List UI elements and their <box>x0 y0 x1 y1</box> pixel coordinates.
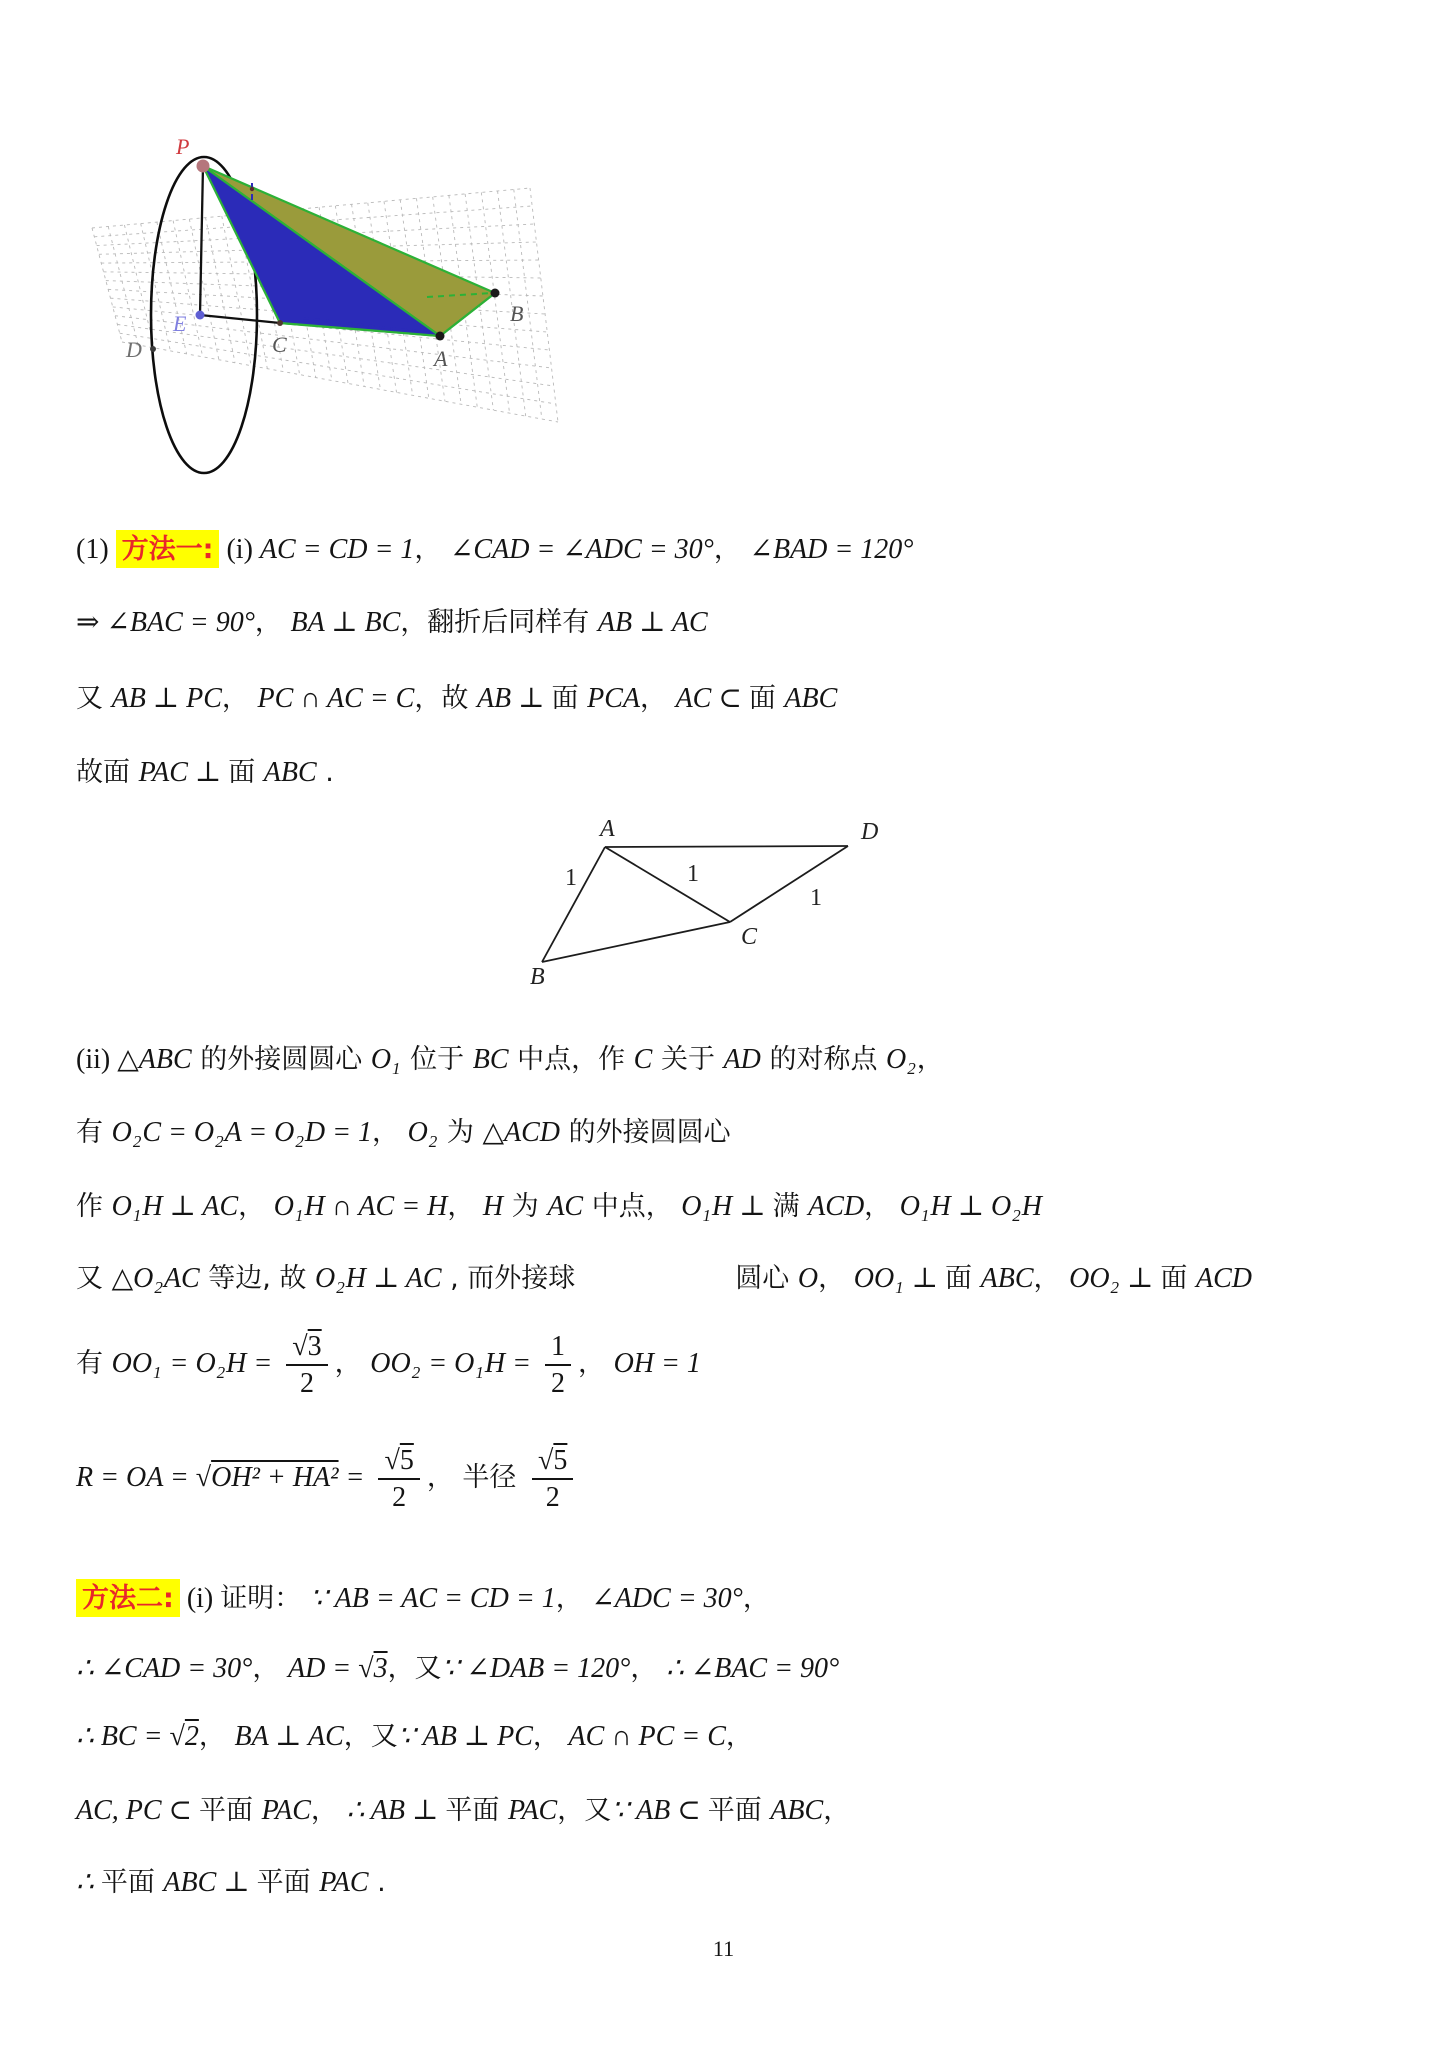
math-segment: AB ⊥ <box>477 683 552 714</box>
radicand: 3 <box>308 1331 322 1362</box>
vertex-label-D: D <box>860 819 878 845</box>
text-segment: 为 <box>438 1117 482 1148</box>
point-label-A: A <box>432 346 448 371</box>
vertex-label-B: B <box>530 964 545 990</box>
text-segment: ， <box>556 1583 592 1614</box>
fraction-denominator: 2 <box>545 1366 571 1398</box>
math-segment: OO <box>112 1348 152 1379</box>
figure-planar-quadrilateral: ADBC111 <box>420 812 900 1027</box>
math-segment: D = 1 <box>305 1117 372 1148</box>
math-segment: ∴ BC = <box>76 1721 170 1752</box>
text-segment: 的外接圆圆心 <box>560 1117 731 1148</box>
math-segment: ∴ <box>76 1867 101 1898</box>
fraction-denominator: 2 <box>532 1480 573 1512</box>
math-segment: ∵ AB ⊂ <box>611 1795 707 1826</box>
point-label-D: D <box>125 337 142 362</box>
label-segment: (i) <box>219 534 259 565</box>
text-segment: 等边, 故 <box>200 1263 315 1294</box>
math-segment: H ⊥ AC <box>346 1263 442 1294</box>
subscript: 1 <box>895 1278 904 1297</box>
subscript: 1 <box>133 1206 142 1225</box>
subscript: 2 <box>1012 1206 1021 1225</box>
math-segment: C <box>634 1044 653 1075</box>
math-segment: ABC <box>264 757 317 788</box>
fraction-numerator: √5 <box>532 1446 573 1480</box>
math-segment: OO <box>854 1263 894 1294</box>
vertex-label-C: C <box>741 924 758 950</box>
solution-line-11: 方法二: (i) 证明： ∵ AB = AC = CD = 1， ∠ADC = … <box>76 1576 770 1615</box>
text-segment: 满 <box>773 1191 809 1222</box>
radicand: 5 <box>400 1445 414 1476</box>
label-segment: (ii) <box>76 1044 117 1075</box>
point-label-B: B <box>510 301 523 326</box>
text-segment: 面 <box>552 683 588 714</box>
math-segment: H ∩ AC = H <box>304 1191 447 1222</box>
math-segment: C = O <box>142 1117 214 1148</box>
text-segment: ，又 <box>557 1795 611 1826</box>
subscript: 2 <box>907 1059 916 1078</box>
text-segment: ， <box>199 1721 235 1752</box>
edge-CD <box>730 846 848 922</box>
edge-AD <box>605 846 848 847</box>
text-segment: ， <box>533 1721 569 1752</box>
sqrt-expression: √3 <box>358 1653 387 1684</box>
math-segment: BC <box>473 1044 509 1075</box>
math-segment: O <box>112 1191 132 1222</box>
subscript: 2 <box>429 1132 438 1151</box>
math-segment: AC <box>164 1263 200 1294</box>
point-dot-A <box>436 332 445 341</box>
text-segment: 有 <box>76 1117 112 1148</box>
text-segment: ， <box>917 1044 944 1075</box>
math-segment: ACD <box>1196 1263 1252 1294</box>
radicand: 5 <box>553 1445 567 1476</box>
sqrt-expression: √2 <box>170 1721 199 1752</box>
solution-line-9: 有 OO1 = O2H = √32， OO2 = O1H = 12， OH = … <box>76 1332 701 1399</box>
subscript: 2 <box>133 1132 142 1151</box>
method-highlight: 方法二: <box>76 1579 180 1617</box>
triangle-PCA-blue <box>203 166 440 336</box>
math-segment: ∴ ∠BAC = 90° <box>666 1653 839 1684</box>
subscript: 1 <box>392 1059 401 1078</box>
solution-line-2: ⇒ ∠BAC = 90°， BA ⊥ BC，翻折后同样有 AB ⊥ AC <box>76 600 708 639</box>
solution-line-14: AC, PC ⊂ 平面 PAC， ∴ AB ⊥ 平面 PAC，又∵ AB ⊂ 平… <box>76 1788 850 1827</box>
math-segment: ∠CAD = ∠ADC = 30° <box>450 534 714 565</box>
text-segment: 平面 <box>445 1795 508 1826</box>
solution-line-5: (ii) △ABC 的外接圆圆心 O1 位于 BC 中点，作 C 关于 AD 的… <box>76 1037 944 1079</box>
math-segment: ACD <box>808 1191 864 1222</box>
text-segment: 圆心 <box>735 1263 798 1294</box>
math-segment: O <box>112 1117 132 1148</box>
sqrt-expression: √OH² + HA² <box>196 1462 339 1493</box>
crease-dot <box>250 187 254 191</box>
text-segment: ， <box>640 683 676 714</box>
text-segment: 为 <box>503 1191 547 1222</box>
math-segment: ∠BAD = 120° <box>749 534 913 565</box>
text-segment: ， <box>1034 1263 1070 1294</box>
text-segment: ， <box>578 1348 614 1379</box>
radicand: 3 <box>374 1653 388 1684</box>
text-segment: ， <box>743 1583 770 1614</box>
math-segment: OO <box>370 1348 410 1379</box>
math-segment: H ⊥ <box>712 1191 773 1222</box>
math-segment: PAC <box>508 1795 557 1826</box>
text-segment: ， <box>311 1795 347 1826</box>
math-segment: AC ∩ PC = C <box>569 1721 726 1752</box>
text-segment: ， <box>630 1653 666 1684</box>
subscript: 2 <box>154 1278 163 1297</box>
label-segment: (1) <box>76 534 116 565</box>
subscript: 2 <box>1111 1278 1120 1297</box>
math-segment: ABC <box>770 1795 823 1826</box>
math-segment: OO <box>1069 1263 1109 1294</box>
text-segment: ， <box>864 1191 900 1222</box>
math-segment: ∴ ∠CAD = 30° <box>76 1653 252 1684</box>
edge-length-label-2: 1 <box>687 861 699 887</box>
text-segment: 面 <box>945 1263 981 1294</box>
text-segment: 平面 <box>257 1867 320 1898</box>
radicand: 2 <box>185 1721 199 1752</box>
subscript: 2 <box>215 1132 224 1151</box>
text-segment: 平面 <box>708 1795 771 1826</box>
math-segment: A = O <box>225 1117 295 1148</box>
text-segment: 关于 <box>652 1044 723 1075</box>
math-segment: H = <box>485 1348 538 1379</box>
point-label-P: P <box>175 134 189 159</box>
math-segment: H ⊥ AC <box>142 1191 238 1222</box>
text-segment: 中点，作 <box>509 1044 634 1075</box>
solution-line-6: 有 O2C = O2A = O2D = 1， O2 为 △ACD 的外接圆圆心 <box>76 1110 731 1152</box>
text-segment: 证明： <box>220 1583 310 1614</box>
math-segment: = O <box>421 1348 474 1379</box>
fraction-numerator: 1 <box>545 1332 571 1366</box>
solution-line-1: (1) 方法一: (i) AC = CD = 1， ∠CAD = ∠ADC = … <box>76 527 913 566</box>
math-segment: ∵ AB = AC = CD = 1 <box>310 1583 556 1614</box>
math-segment: ⊥ <box>905 1263 945 1294</box>
math-segment: AC, PC ⊂ <box>76 1795 199 1826</box>
point-label-C: C <box>272 332 287 357</box>
math-segment: O <box>408 1117 428 1148</box>
math-segment: O <box>274 1191 294 1222</box>
math-segment: PAC ⊥ <box>139 757 229 788</box>
math-segment: ⊥ <box>1120 1263 1160 1294</box>
text-segment: ， <box>447 1191 483 1222</box>
fraction: √52 <box>378 1446 419 1513</box>
text-segment: ， <box>823 1795 850 1826</box>
math-segment: PCA <box>587 683 640 714</box>
text-segment: 平面 <box>199 1795 262 1826</box>
figure-3d-fold: PEDCAB <box>80 90 580 485</box>
math-segment: BA ⊥ AC <box>234 1721 343 1752</box>
text-segment: 中点， <box>583 1191 681 1222</box>
math-segment: AD = <box>288 1653 358 1684</box>
solution-line-7: 作 O1H ⊥ AC， O1H ∩ AC = H， H 为 AC 中点， O1H… <box>76 1184 1042 1226</box>
text-segment: 位于 <box>402 1044 473 1075</box>
fraction: √52 <box>532 1446 573 1513</box>
math-segment: ABC <box>981 1263 1034 1294</box>
math-segment: O <box>798 1263 818 1294</box>
text-segment: ， 半径 <box>427 1462 525 1493</box>
math-segment: PAC <box>262 1795 311 1826</box>
text-segment: ， <box>414 534 450 565</box>
math-segment: AC = CD = 1 <box>260 534 414 565</box>
segment-EC <box>200 315 280 323</box>
math-segment: ∵ AB ⊥ PC <box>398 1721 533 1752</box>
text-segment: ， <box>726 1721 753 1752</box>
math-segment: O <box>900 1191 920 1222</box>
point-dot-B <box>491 289 500 298</box>
text-segment: ，又 <box>344 1721 398 1752</box>
fraction-numerator: √3 <box>286 1332 327 1366</box>
subscript: 1 <box>295 1206 304 1225</box>
subscript: 1 <box>921 1206 930 1225</box>
fraction: √32 <box>286 1332 327 1399</box>
math-segment: = O <box>163 1348 216 1379</box>
method-highlight: 方法一: <box>116 530 220 568</box>
edge-length-label-1: 1 <box>565 865 577 891</box>
math-segment: H = <box>226 1348 279 1379</box>
text-segment: ， <box>222 683 258 714</box>
text-segment: . <box>369 1867 386 1898</box>
math-segment: AD <box>724 1044 761 1075</box>
math-segment: AB ⊥ AC <box>598 607 708 638</box>
math-segment: H <box>483 1191 503 1222</box>
document-page: { "page": {"number": "11"}, "colors": { … <box>0 0 1447 2048</box>
math-segment: AC ⊂ <box>676 683 749 714</box>
page-number: 11 <box>0 1936 1447 1962</box>
math-segment: O <box>371 1044 391 1075</box>
point-dot-E <box>196 311 205 320</box>
solution-line-3: 又 AB ⊥ PC， PC ∩ AC = C，故 AB ⊥ 面 PCA， AC … <box>76 676 837 715</box>
text-segment: ，故 <box>414 683 477 714</box>
math-segment: ⇒ ∠BAC = 90° <box>76 607 255 638</box>
text-segment: 平面 <box>101 1867 164 1898</box>
text-segment: , 而外接球 <box>442 1263 576 1294</box>
solution-line-8: 又 △O2AC 等边, 故 O2H ⊥ AC , 而外接球圆心 O， OO1 ⊥… <box>76 1256 1252 1298</box>
page-number-value: 11 <box>713 1936 734 1961</box>
figure-3d-svg: PEDCAB <box>80 90 580 485</box>
math-segment: ∵ ∠DAB = 120° <box>442 1653 631 1684</box>
segment-PE <box>200 166 203 315</box>
math-segment: O <box>315 1263 335 1294</box>
label-segment: (i) <box>180 1583 220 1614</box>
text-segment: 又 <box>76 1263 112 1294</box>
math-segment: ∴ AB ⊥ <box>347 1795 446 1826</box>
subscript: 2 <box>295 1132 304 1151</box>
subscript: 2 <box>217 1363 226 1382</box>
text-segment: 面 <box>749 683 785 714</box>
text-segment: 面 <box>1160 1263 1196 1294</box>
text-segment: ， <box>335 1348 371 1379</box>
text-segment: ， <box>818 1263 854 1294</box>
text-segment: 面 <box>228 757 264 788</box>
math-segment: H ⊥ O <box>931 1191 1012 1222</box>
solution-line-10: R = OA = √OH² + HA² = √52， 半径 √52 <box>76 1446 580 1513</box>
text-segment: ， <box>238 1191 274 1222</box>
math-segment: △O <box>112 1263 154 1294</box>
point-dot-D <box>150 346 156 352</box>
math-segment: AB ⊥ PC <box>112 683 222 714</box>
fraction-numerator: √5 <box>378 1446 419 1480</box>
text-segment: 故面 <box>76 757 139 788</box>
text-segment: ，翻折后同样有 <box>400 607 598 638</box>
text-segment: ， <box>252 1653 288 1684</box>
point-dot-P <box>197 160 210 173</box>
fraction-denominator: 2 <box>286 1366 327 1398</box>
subscript: 2 <box>336 1278 345 1297</box>
vertex-label-A: A <box>598 816 615 842</box>
math-segment: PAC <box>319 1867 368 1898</box>
subscript: 1 <box>703 1206 712 1225</box>
solution-line-13: ∴ BC = √2， BA ⊥ AC，又∵ AB ⊥ PC， AC ∩ PC =… <box>76 1714 753 1753</box>
math-segment: △ACD <box>482 1117 560 1148</box>
math-segment: R = OA = <box>76 1462 196 1493</box>
fraction: 12 <box>545 1332 571 1399</box>
text-segment: 的外接圆圆心 <box>192 1044 371 1075</box>
text-segment: ， <box>255 607 291 638</box>
text-segment: ，又 <box>388 1653 442 1684</box>
solution-line-15: ∴ 平面 ABC ⊥ 平面 PAC . <box>76 1860 386 1899</box>
solution-line-4: 故面 PAC ⊥ 面 ABC . <box>76 750 334 789</box>
math-segment: △ABC <box>117 1044 191 1075</box>
text-segment: ， <box>714 534 750 565</box>
text-segment: . <box>317 757 334 788</box>
figure-2d-svg: ADBC111 <box>420 812 900 1027</box>
math-segment: AC <box>547 1191 583 1222</box>
text-segment: 作 <box>76 1191 112 1222</box>
subscript: 2 <box>412 1363 421 1382</box>
math-segment: H <box>1022 1191 1042 1222</box>
edge-BC <box>542 922 730 962</box>
math-segment: O <box>886 1044 906 1075</box>
math-segment: = <box>339 1462 372 1493</box>
text-segment: ， <box>372 1117 408 1148</box>
math-segment: ABC <box>784 683 837 714</box>
math-segment: ∠ADC = 30° <box>591 1583 743 1614</box>
fraction-denominator: 2 <box>378 1480 419 1512</box>
subscript: 1 <box>475 1363 484 1382</box>
text-segment: 有 <box>76 1348 112 1379</box>
math-segment: PC ∩ AC = C <box>258 683 415 714</box>
edge-length-label-3: 1 <box>810 885 822 911</box>
math-segment: OH = 1 <box>614 1348 701 1379</box>
point-label-E: E <box>172 311 187 336</box>
math-segment: O <box>681 1191 701 1222</box>
edge-AC <box>605 847 730 922</box>
math-segment: ABC ⊥ <box>163 1867 256 1898</box>
math-segment: BA ⊥ BC <box>291 607 401 638</box>
radicand: OH² + HA² <box>211 1462 338 1493</box>
text-segment: 又 <box>76 683 112 714</box>
solution-line-12: ∴ ∠CAD = 30°， AD = √3，又∵ ∠DAB = 120°， ∴ … <box>76 1646 839 1685</box>
text-segment: 的对称点 <box>761 1044 886 1075</box>
point-dot-C <box>277 320 283 326</box>
subscript: 1 <box>153 1363 162 1382</box>
